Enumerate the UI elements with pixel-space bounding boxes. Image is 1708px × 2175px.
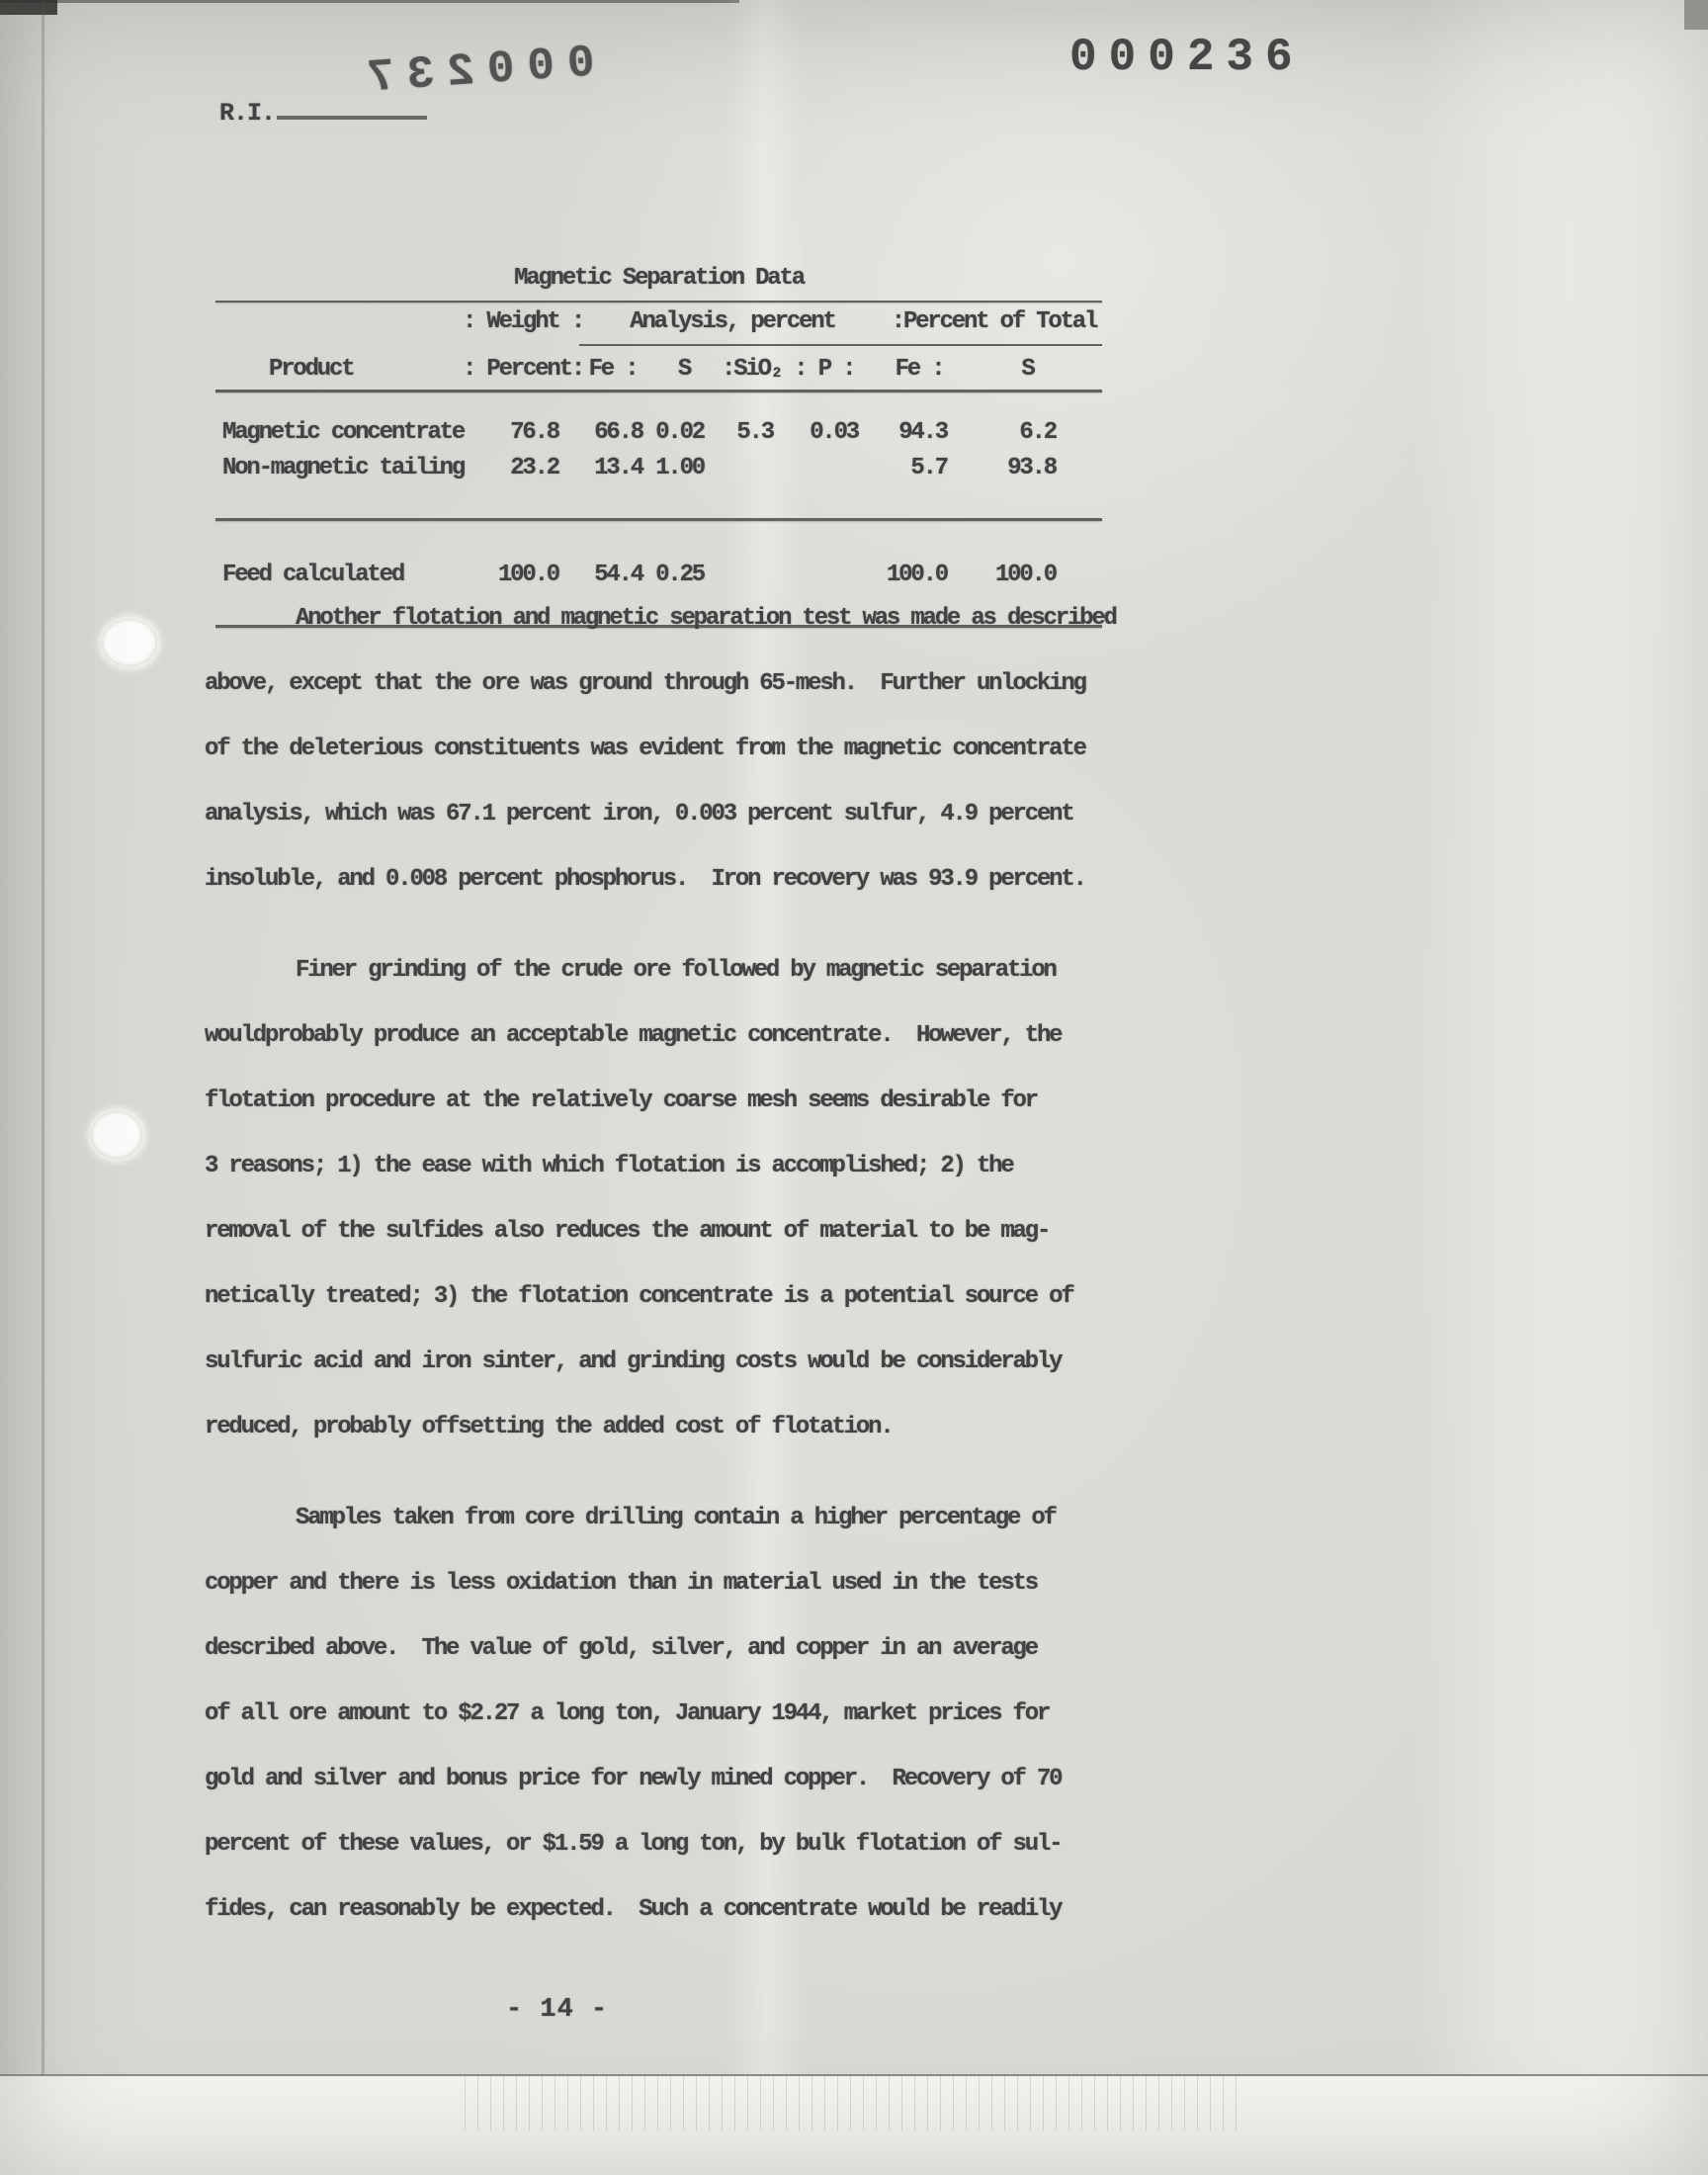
text-line: of all ore amount to $2.27 a long ton, J… — [205, 1700, 1114, 1766]
table-rule-header — [215, 390, 1102, 392]
ri-label: R.I. — [219, 99, 275, 128]
group-header-percent-of-total: :Percent of Total — [886, 308, 1102, 346]
group-header-analysis: Analysis, percent — [579, 308, 886, 346]
hole-punch — [102, 619, 157, 666]
text-line: fides, can reasonably be expected. Such … — [205, 1896, 1114, 1961]
text-line: described above. The value of gold, silv… — [205, 1635, 1114, 1700]
col-header-sio2: :SiO₂ : — [722, 356, 787, 383]
page-stamp-number: 000236 — [1069, 32, 1305, 83]
row-fe: 54.4 — [579, 562, 646, 588]
text-line: netically treated; 3) the flotation conc… — [205, 1283, 1114, 1348]
row-weight-percent: 23.2 — [463, 455, 579, 481]
table-feed-row: Feed calculated 100.0 54.4 0.25 100.0 10… — [215, 557, 1102, 592]
group-header-weight: : Weight : — [463, 308, 579, 335]
paper-left-edge — [42, 0, 44, 2175]
text-line: percent of these values, or $1.59 a long… — [205, 1831, 1114, 1896]
page-number: - 14 - — [506, 1995, 608, 2025]
col-header-product: Product — [215, 356, 463, 383]
scan-streaks — [465, 2076, 1245, 2131]
row-fe-total: 94.3 — [886, 419, 953, 446]
text-line: wouldprobably produce an acceptable magn… — [205, 1022, 1114, 1087]
text-line: Finer grinding of the crude ore followed… — [205, 957, 1114, 1022]
paragraph: Another flotation and magnetic separatio… — [205, 605, 1114, 931]
text-line: insoluble, and 0.008 percent phosphorus.… — [205, 866, 1114, 931]
text-line: Another flotation and magnetic separatio… — [205, 605, 1114, 670]
table-column-header-row: Product : Percent: Fe : S :SiO₂ : P : Fe… — [215, 348, 1102, 390]
row-product: Magnetic concentrate — [215, 419, 463, 446]
ri-field: R.I. — [219, 99, 427, 128]
scanned-page: 000237 000236 R.I. Magnetic Separation D… — [0, 0, 1708, 2175]
row-fe-total: 100.0 — [886, 562, 953, 588]
row-fe: 66.8 — [579, 419, 646, 446]
row-fe-total: 5.7 — [886, 455, 953, 481]
text-line: gold and silver and bonus price for newl… — [205, 1766, 1114, 1831]
row-s-total: 6.2 — [953, 419, 1102, 446]
col-header-p: P : — [787, 356, 886, 383]
text-line: Samples taken from core drilling contain… — [205, 1505, 1114, 1570]
table-row: Magnetic concentrate 76.8 66.8 0.02 5.3 … — [215, 414, 1102, 450]
col-header-weight-percent: : Percent: — [463, 356, 579, 383]
row-product: Feed calculated — [215, 562, 463, 588]
row-p: 0.03 — [787, 419, 886, 446]
hole-punch — [91, 1111, 142, 1159]
paragraph: Finer grinding of the crude ore followed… — [205, 957, 1114, 1479]
scan-bottom-edge — [0, 2074, 1708, 2175]
document-body: Another flotation and magnetic separatio… — [205, 605, 1114, 1987]
table-rule-mid — [215, 518, 1102, 521]
paragraph: Samples taken from core drilling contain… — [205, 1505, 1114, 1961]
row-product: Non-magnetic tailing — [215, 455, 463, 481]
text-line: copper and there is less oxidation than … — [205, 1570, 1114, 1635]
col-header-fe: Fe : — [579, 356, 646, 383]
table-row: Non-magnetic tailing 23.2 13.4 1.00 5.7 … — [215, 450, 1102, 485]
scan-corner-mark-right — [1684, 0, 1708, 30]
row-fe: 13.4 — [579, 455, 646, 481]
text-line: reduced, probably offsetting the added c… — [205, 1414, 1114, 1479]
text-line: removal of the sulfides also reduces the… — [205, 1218, 1114, 1283]
row-weight-percent: 76.8 — [463, 419, 579, 446]
text-line: sulfuric acid and iron sinter, and grind… — [205, 1348, 1114, 1414]
row-weight-percent: 100.0 — [463, 562, 579, 588]
row-s: 0.25 — [646, 562, 722, 588]
row-s: 0.02 — [646, 419, 722, 446]
table-title: Magnetic Separation Data — [215, 265, 1102, 301]
row-sio2: 5.3 — [722, 419, 787, 446]
text-line: of the deleterious constituents was evid… — [205, 736, 1114, 801]
text-line: flotation procedure at the relatively co… — [205, 1087, 1114, 1153]
col-header-s-total: S — [953, 356, 1102, 383]
row-s-total: 100.0 — [953, 562, 1102, 588]
scan-top-edge-line — [0, 0, 739, 3]
magnetic-separation-table: Magnetic Separation Data : Weight : Anal… — [215, 265, 1102, 628]
text-line: 3 reasons; 1) the ease with which flotat… — [205, 1153, 1114, 1218]
row-s-total: 93.8 — [953, 455, 1102, 481]
table-group-header-row: : Weight : Analysis, percent :Percent of… — [215, 308, 1102, 348]
text-line: above, except that the ore was ground th… — [205, 670, 1114, 736]
col-header-s: S — [646, 356, 722, 383]
text-line: analysis, which was 67.1 percent iron, 0… — [205, 801, 1114, 866]
table-rule-top — [215, 301, 1102, 303]
row-s: 1.00 — [646, 455, 722, 481]
ri-blank-line — [277, 116, 427, 120]
col-header-fe-total: Fe : — [886, 356, 953, 383]
